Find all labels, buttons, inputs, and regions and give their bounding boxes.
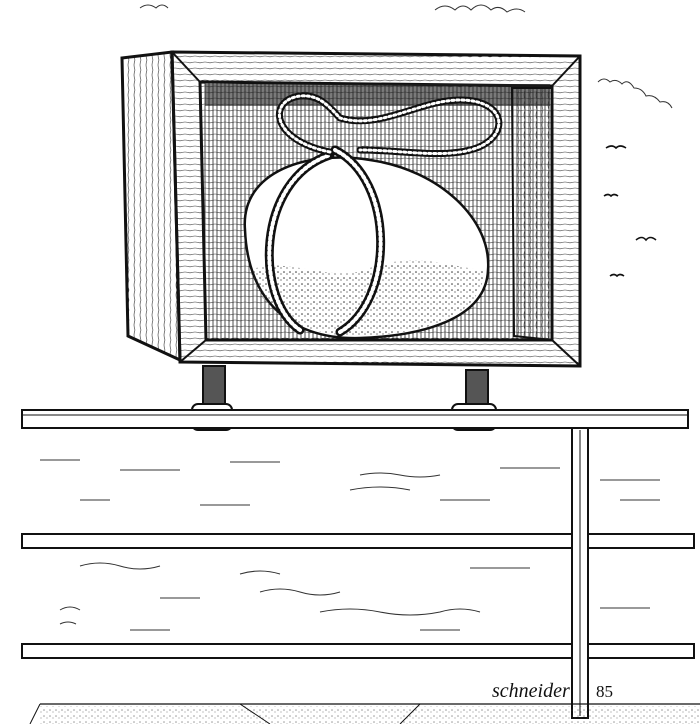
railing xyxy=(22,410,694,718)
box-side xyxy=(122,52,180,360)
illustration xyxy=(0,0,700,724)
artist-signature: schneider xyxy=(492,680,570,703)
artwork-year: 85 xyxy=(596,682,613,702)
birds xyxy=(604,146,656,276)
